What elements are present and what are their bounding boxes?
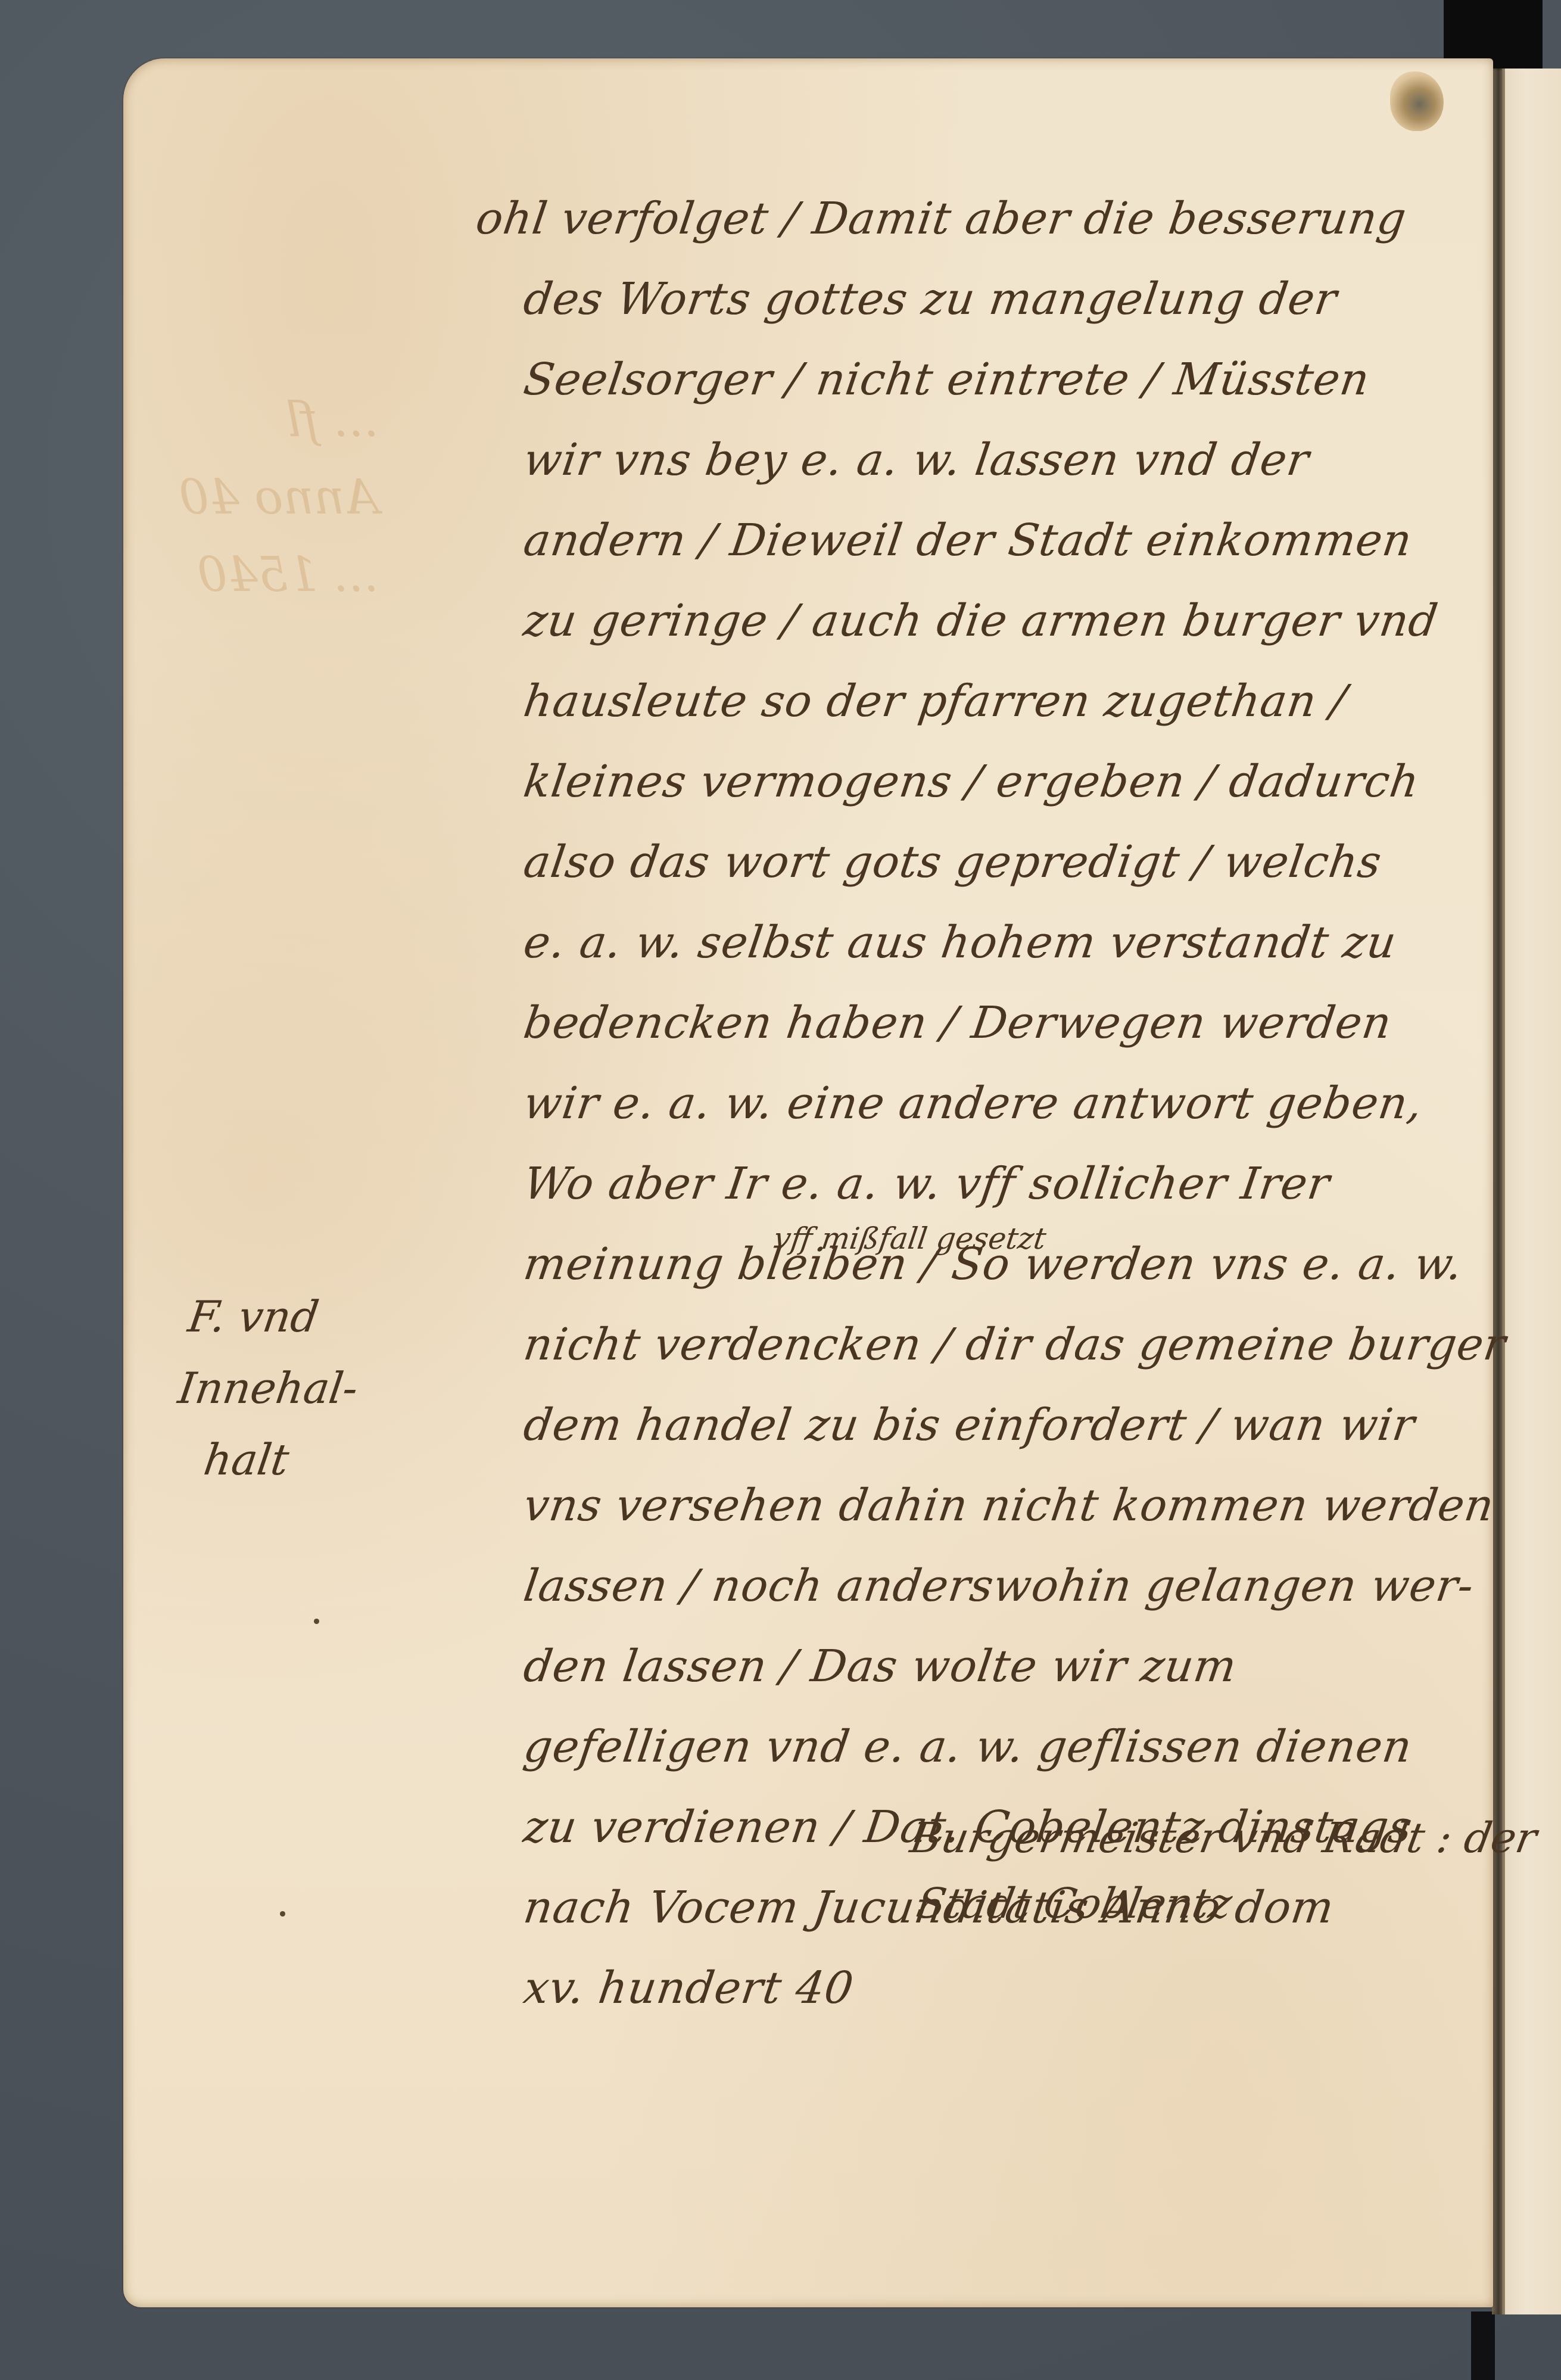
signature-block: Burgermeister vnd Radt : der Stadt Coble… xyxy=(894,1805,1542,1936)
text-line: den lassen / Das wolte wir zum xyxy=(471,1626,1471,1707)
show-through-line: ... 1540 xyxy=(179,536,379,614)
text-line: zu geringe / auch die armen burger vnd xyxy=(471,581,1471,661)
margin-note-line: F. vnd Innehal- xyxy=(174,1281,504,1424)
book-binding-bottom xyxy=(1471,2311,1495,2380)
text-line: kleines vermogens / ergeben / dadurch xyxy=(471,742,1471,822)
interlinear-insertion: vff mißfall gesetzt xyxy=(772,1221,1048,1256)
text-line: wir vns bey e. a. w. lassen vnd der xyxy=(471,420,1471,500)
show-through-line: ... fl xyxy=(179,381,379,459)
text-line: also das wort gots gepredigt / welchs xyxy=(471,822,1471,903)
ink-dot xyxy=(314,1619,319,1624)
signature-line: Burgermeister vnd Radt : der xyxy=(905,1805,1542,1871)
text-line: bedencken haben / Derwegen werden xyxy=(471,983,1471,1063)
ink-dot xyxy=(280,1911,285,1917)
gutter-shadow xyxy=(1492,69,1505,2314)
text-line: e. a. w. selbst aus hohem verstandt zu xyxy=(471,903,1471,983)
show-through-line: Anno 40 xyxy=(179,459,379,536)
text-line: des Worts gottes zu mangelung der xyxy=(471,259,1471,340)
adjacent-page-edge xyxy=(1502,69,1561,2314)
text-line: nicht verdencken / dir das gemeine burge… xyxy=(471,1305,1471,1385)
text-line: wir e. a. w. eine andere antwort geben, xyxy=(471,1063,1471,1144)
signature-line: Stadt Coblentz xyxy=(894,1871,1531,1936)
main-text-block: ohl verfolget / Damit aber die besserung… xyxy=(476,179,1465,2029)
text-line: hausleute so der pfarren zugethan / xyxy=(471,661,1471,742)
margin-note: F. vnd Innehal- halt xyxy=(164,1281,504,1495)
text-line: gefelligen vnd e. a. w. geflissen dienen xyxy=(471,1707,1471,1787)
margin-note-line: halt xyxy=(164,1424,484,1495)
text-line: Seelsorger / nicht eintrete / Müssten xyxy=(471,340,1471,420)
text-line: xv. hundert 40 xyxy=(471,1948,1471,2029)
text-line: andern / Dieweil der Stadt einkommen xyxy=(471,500,1471,581)
text-line: vns versehen dahin nicht kommen werden xyxy=(471,1466,1471,1546)
text-line: ohl verfolget / Damit aber die besserung xyxy=(471,179,1471,259)
ink-stain xyxy=(1390,71,1444,131)
text-line: Wo aber Ir e. a. w. vff sollicher Irer xyxy=(471,1144,1471,1224)
text-line: dem handel zu bis einfordert / wan wir xyxy=(471,1385,1471,1466)
show-through-text: ... fl Anno 40 ... 1540 xyxy=(179,381,379,614)
text-line: lassen / noch anderswohin gelangen wer- xyxy=(471,1546,1471,1626)
